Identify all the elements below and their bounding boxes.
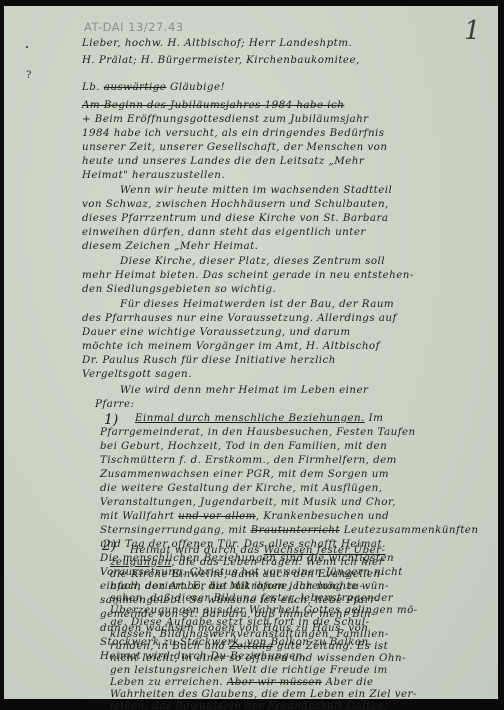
line-text: mehr Heimat bieten. Das scheint gerade i… [82, 269, 414, 281]
handwritten-line: zeugungen, die das Leben tragen. Wenn ic… [110, 556, 384, 568]
handwritten-line: leihen, das Bewußtsein der Freundschaft … [110, 700, 387, 710]
line-text: klassen, Bildungswerkveranstaltungen, Fa… [110, 628, 389, 640]
line-text: möchte ich meinem Vorgänger im Amt, H. A… [82, 340, 380, 352]
line-text: unserer Zeit, unserer Gesellschaft, der … [82, 141, 387, 153]
handwritten-line: mehr Heimat bieten. Das scheint gerade i… [82, 269, 414, 281]
handwritten-line: Wie wird denn mehr Heimat im Leben einer [120, 384, 368, 396]
line-text: , die das Leben tragen. Wenn ich hier [171, 556, 384, 568]
handwritten-line: möchte ich meinem Vorgänger im Amt, H. A… [82, 340, 380, 352]
handwritten-line: bei Geburt, Hochzeit, Tod in den Familie… [100, 440, 387, 452]
handwritten-line: von Schwaz, zwischen Hochhäusern und Sch… [82, 198, 389, 210]
line-text: , Krankenbesuchen und [256, 510, 389, 522]
line-text: Sternsingerrundgang, mit [100, 524, 251, 536]
line-text: Leben zu erreichen. [110, 676, 227, 688]
line-text: dieses Pfarrzentrum und diese Kirche von… [82, 212, 388, 224]
margin-question-mark: ? [26, 70, 31, 81]
line-text: einweihen dürfen, dann steht das eigentl… [82, 226, 366, 238]
underlined-text: Einmal durch menschliche Beziehungen. [135, 412, 365, 424]
handwritten-line: Diese Kirche, dieser Platz, dieses Zentr… [120, 255, 385, 267]
line-text: bei Geburt, Hochzeit, Tod in den Familie… [100, 440, 387, 452]
handwritten-line: Lb. auswärtige Gläubige! [82, 81, 225, 93]
line-text: Gläubige! [166, 81, 225, 93]
line-text: H. Prälat; H. Bürgermeister, Kirchenbauk… [82, 54, 360, 66]
line-text: Lieber, hochw. H. Altbischof; Herr Lande… [82, 37, 352, 49]
handwritten-line: Für dieses Heimatwerden ist der Bau, der… [120, 298, 394, 310]
handwritten-line: Vergeltsgott sagen. [82, 368, 192, 380]
handwritten-line: Wahrheiten des Glaubens, die dem Leben e… [110, 688, 417, 700]
handwritten-line: unserer Zeit, unserer Gesellschaft, der … [82, 141, 387, 153]
line-text: des Pfarrhauses nur eine Voraussetzung. … [82, 312, 397, 324]
line-text: Im [365, 412, 383, 424]
line-text: Leutezusammenkünften [340, 524, 478, 536]
handwritten-line: Veranstaltungen, Jugendarbeit, mit Musik… [100, 496, 396, 508]
handwritten-line: Einmal durch menschliche Beziehungen. Im [135, 412, 383, 424]
line-text: buch, den Ambo, die Mikrofone. Ich möcht… [110, 580, 389, 592]
handwritten-line: Dauer eine wichtige Voraussetzung, und d… [82, 326, 351, 338]
line-text: Wahrheiten des Glaubens, die dem Leben e… [110, 688, 417, 700]
handwritten-line: Lieber, hochw. H. Altbischof; Herr Lande… [82, 37, 352, 49]
handwritten-line: den Siedlungsgebieten so wichtig. [82, 283, 276, 295]
line-text: runden, in Buch und [110, 640, 229, 652]
line-text: mit Wallfahrt [100, 510, 178, 522]
line-text: Dauer eine wichtige Voraussetzung, und d… [82, 326, 351, 338]
line-text: leihen, das Bewußtsein der Freundschaft … [110, 700, 387, 710]
line-text: + Beim Eröffnungsgottesdienst zum Jubilä… [82, 113, 369, 125]
struck-through-text: Zeitung [229, 640, 273, 652]
line-text: diesem Zeichen „Mehr Heimat. [82, 240, 258, 252]
handwritten-line: die Kirche Einweihe, dann auch den Evang… [110, 568, 384, 580]
handwritten-line: schen, daß dieser Bildung fester, lebens… [110, 592, 393, 604]
archive-reference-stamp: AT-DAI 13/27.43 [84, 20, 184, 34]
handwritten-line: buch, den Ambo, die Mikrofone. Ich möcht… [110, 580, 389, 592]
handwritten-line: Zusammenwachsen einer PGR, mit dem Sorge… [100, 468, 389, 480]
line-text: Vergeltsgott sagen. [82, 368, 192, 380]
handwritten-line: + Beim Eröffnungsgottesdienst zum Jubilä… [82, 113, 369, 125]
handwritten-line: runden, in Buch und Zeitung gute Zeitung… [110, 640, 388, 652]
underlined-text: zeugungen [110, 556, 171, 568]
handwritten-line: diesem Zeichen „Mehr Heimat. [82, 240, 258, 252]
struck-through-text: Aber wir müssen [227, 676, 322, 688]
underlined-text: Wachsen fester Über- [264, 544, 386, 556]
line-text: Aber die [322, 676, 374, 688]
line-text: nicht leicht, in einer so offenen und wi… [110, 652, 406, 664]
line-text: Heimat" herauszustellen. [82, 169, 225, 181]
struck-through-text: Am Beginn des Jubiläumsjahres 1984 habe … [82, 99, 344, 111]
struck-through-text: und vor allem [178, 510, 256, 522]
handwritten-line: mit Wallfahrt und vor allem, Krankenbesu… [100, 510, 389, 522]
line-text: Wie wird denn mehr Heimat im Leben einer [120, 384, 368, 396]
handwritten-line: Dr. Paulus Rusch für diese Initiative he… [82, 354, 336, 366]
line-text: Veranstaltungen, Jugendarbeit, mit Musik… [100, 496, 396, 508]
line-text: Für dieses Heimatwerden ist der Bau, der… [120, 298, 394, 310]
handwritten-line: gen leistungsreichen Welt die richtige F… [110, 664, 388, 676]
handwritten-line: heute und unseres Landes die den Leitsat… [82, 155, 364, 167]
handwritten-line: Heimat" herauszustellen. [82, 169, 225, 181]
document-page: AT-DAI 13/27.43 1 ? Lieber, hochw. H. Al… [4, 6, 498, 699]
handwritten-line: Sternsingerrundgang, mit Brautunterricht… [100, 524, 478, 536]
line-text: ge. Diese Aufgabe setzt sich fort in die… [110, 616, 370, 628]
margin-dot [26, 46, 28, 48]
handwritten-line: Heimat wird durch das Wachsen fester Übe… [130, 544, 385, 556]
line-text: Diese Kirche, dieser Platz, dieses Zentr… [120, 255, 385, 267]
handwritten-line: Am Beginn des Jubiläumsjahres 1984 habe … [82, 99, 344, 111]
line-text: Pfarrgemeinderat, in den Hausbesuchen, F… [100, 426, 416, 438]
handwritten-line: dieses Pfarrzentrum und diese Kirche von… [82, 212, 388, 224]
section-number-2: 2) [102, 538, 116, 554]
line-text: Dr. Paulus Rusch für diese Initiative he… [82, 354, 336, 366]
handwritten-line: klassen, Bildungswerkveranstaltungen, Fa… [110, 628, 389, 640]
line-text: Zusammenwachsen einer PGR, mit dem Sorge… [100, 468, 389, 480]
line-text: gute Zeitung. Es ist [273, 640, 388, 652]
line-text: Lb. [82, 81, 104, 93]
section-number-1: 1) [104, 412, 118, 428]
handwritten-line: nicht leicht, in einer so offenen und wi… [110, 652, 406, 664]
handwritten-line: Überzeugungen aus der Wahrheit Gottes ge… [110, 604, 418, 616]
handwritten-line: Wenn wir heute mitten im wachsenden Stad… [120, 184, 392, 196]
line-text: die Kirche Einweihe, dann auch den Evang… [110, 568, 384, 580]
line-text: von Schwaz, zwischen Hochhäusern und Sch… [82, 198, 389, 210]
line-text: den Siedlungsgebieten so wichtig. [82, 283, 276, 295]
page-number: 1 [464, 16, 481, 46]
line-text: die weitere Gestaltung der Kirche, mit A… [100, 482, 382, 494]
line-text: Heimat wird durch das [130, 544, 264, 556]
handwritten-line: 1984 habe ich versucht, als ein dringend… [82, 127, 385, 139]
line-text: Wenn wir heute mitten im wachsenden Stad… [120, 184, 392, 196]
handwritten-line: Leben zu erreichen. Aber wir müssen Aber… [110, 676, 374, 688]
handwritten-line: Tischmüttern f. d. Erstkomm., den Firmhe… [100, 454, 397, 466]
line-text: Überzeugungen aus der Wahrheit Gottes ge… [110, 604, 418, 616]
handwritten-line: die weitere Gestaltung der Kirche, mit A… [100, 482, 382, 494]
handwritten-line: ge. Diese Aufgabe setzt sich fort in die… [110, 616, 370, 628]
struck-through-text: Brautunterricht [251, 524, 340, 536]
handwritten-line: einweihen dürfen, dann steht das eigentl… [82, 226, 366, 238]
handwritten-line: Pfarrgemeinderat, in den Hausbesuchen, F… [100, 426, 416, 438]
line-text: gen leistungsreichen Welt die richtige F… [110, 664, 388, 676]
line-text: schen, daß dieser Bildung fester, lebens… [110, 592, 393, 604]
handwritten-line: des Pfarrhauses nur eine Voraussetzung. … [82, 312, 397, 324]
line-text: heute und unseres Landes die den Leitsat… [82, 155, 364, 167]
line-text: 1984 habe ich versucht, als ein dringend… [82, 127, 385, 139]
handwritten-line: H. Prälat; H. Bürgermeister, Kirchenbauk… [82, 54, 360, 66]
struck-through-text: auswärtige [104, 81, 167, 93]
line-text: Tischmüttern f. d. Erstkomm., den Firmhe… [100, 454, 397, 466]
line-text: Pfarre: [95, 398, 134, 410]
handwritten-line: Pfarre: [95, 398, 134, 410]
